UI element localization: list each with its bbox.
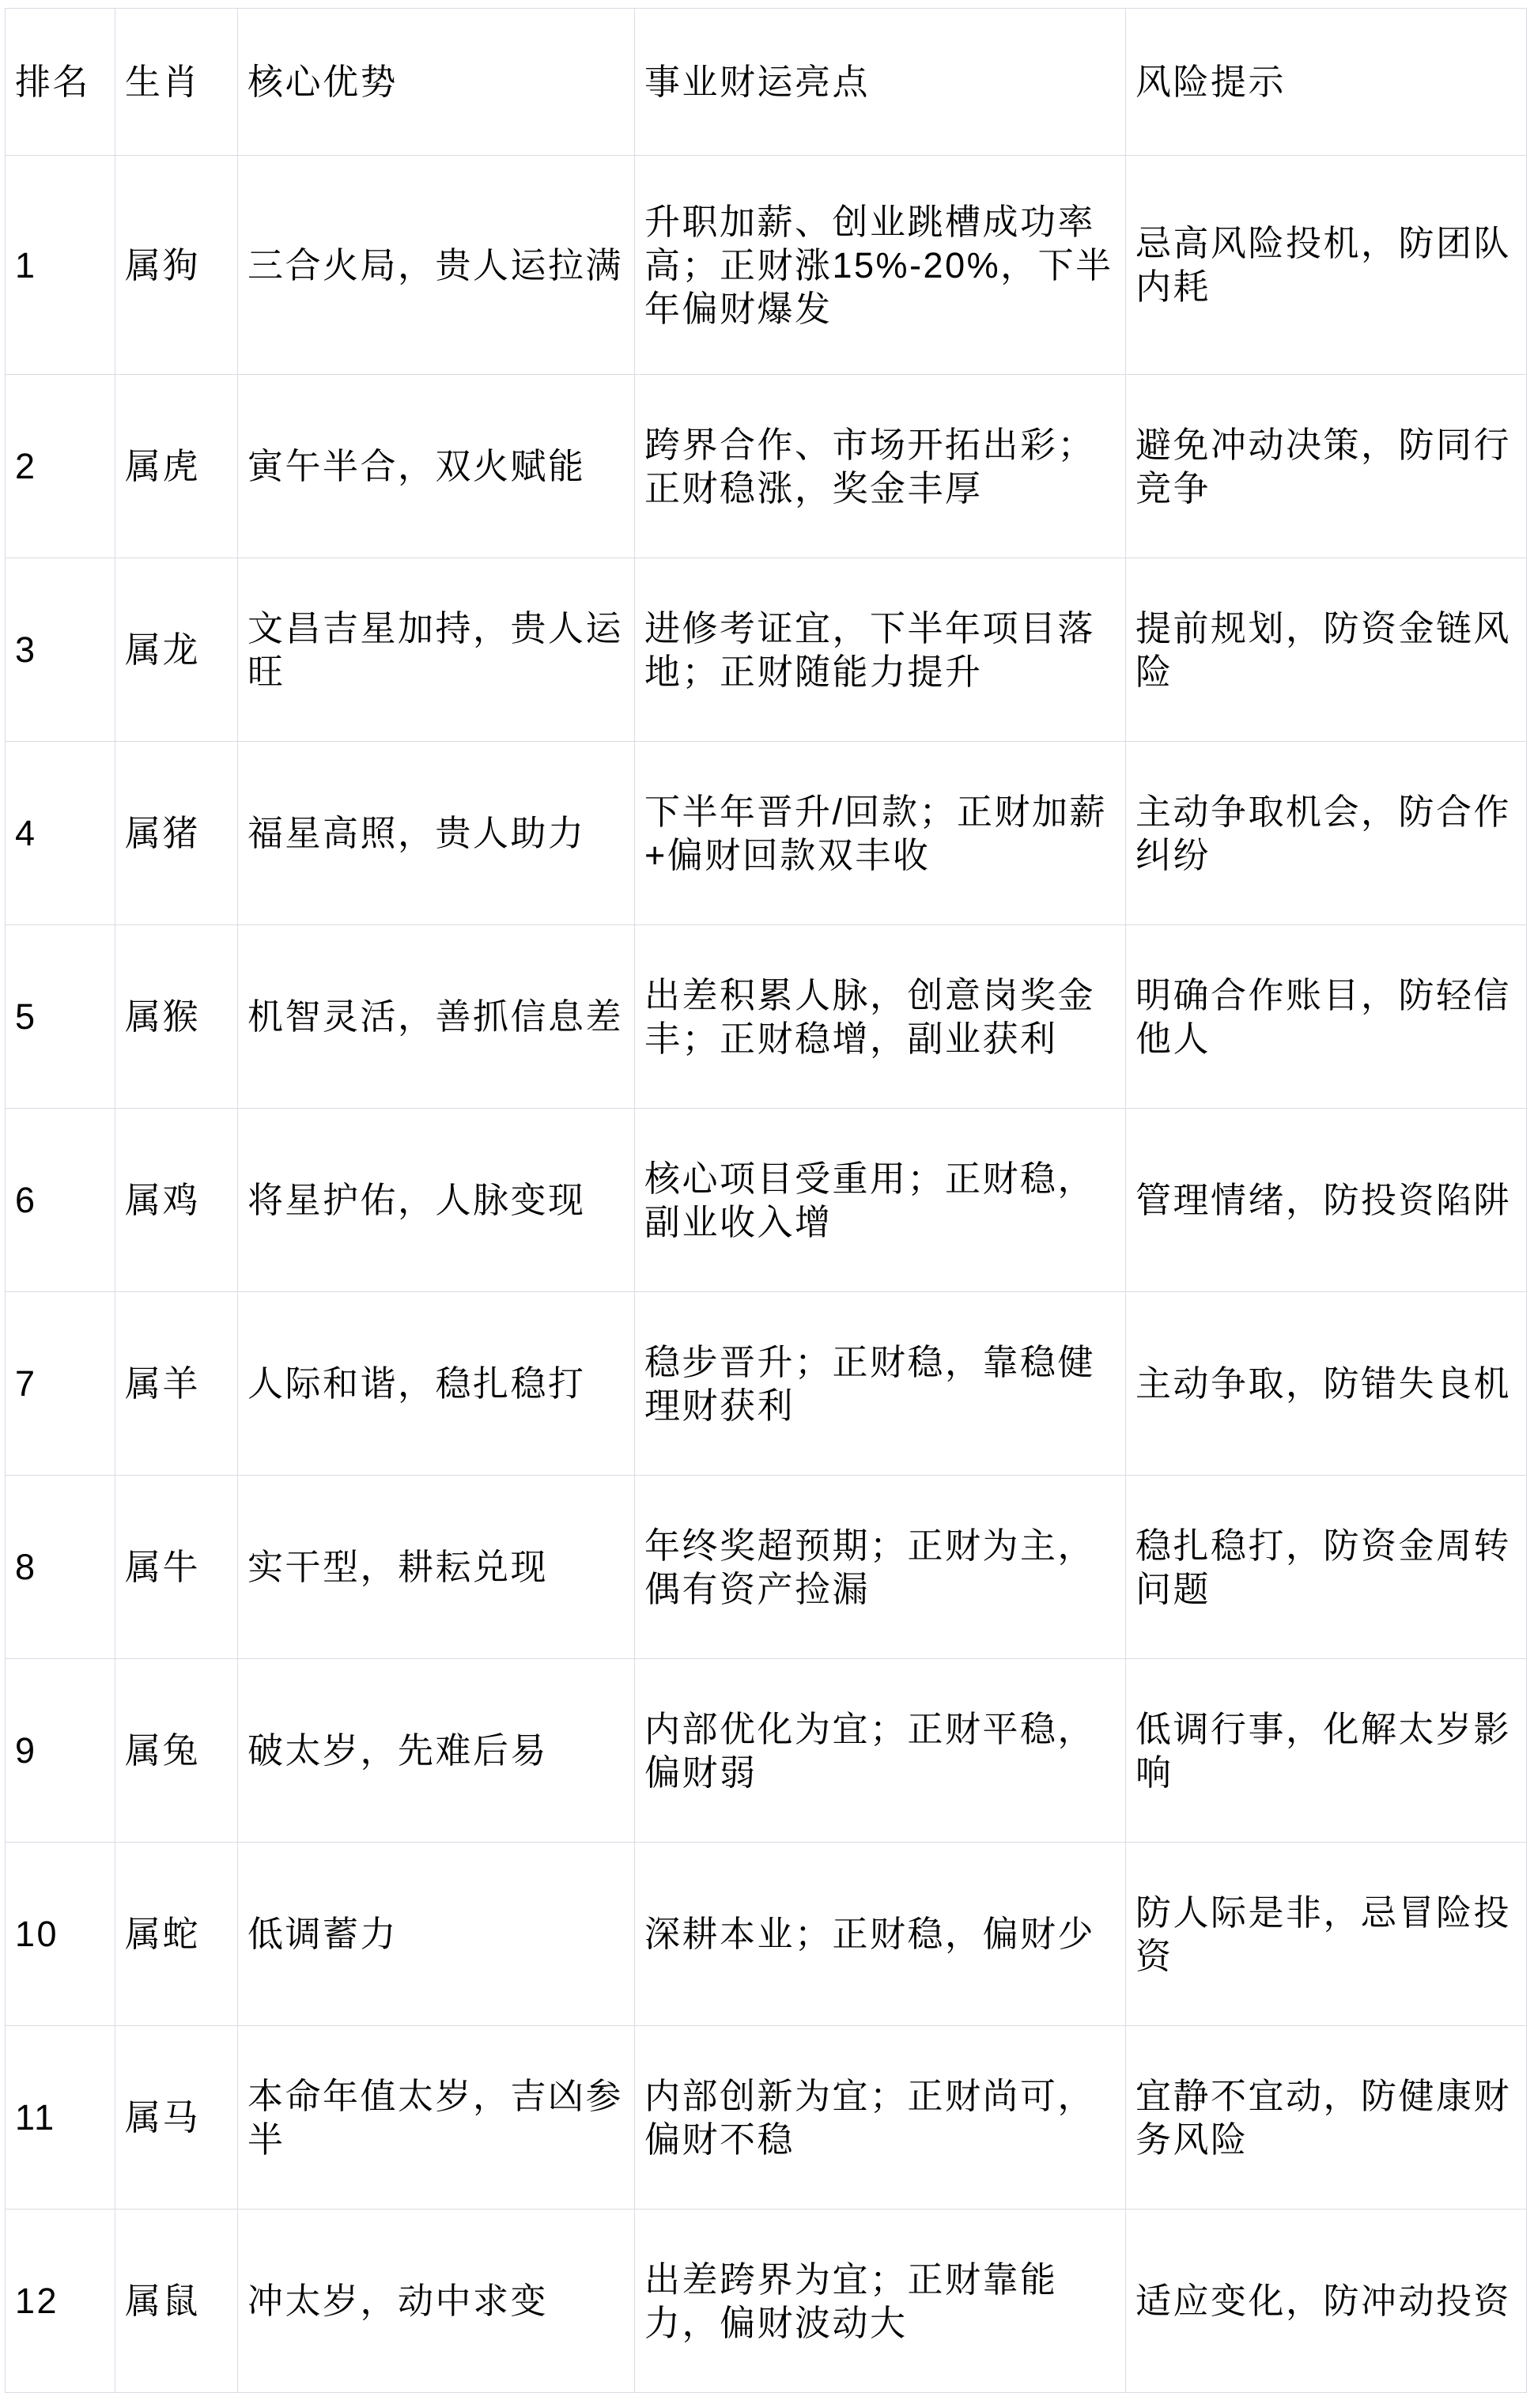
highlight-cell: 出差跨界为宜；正财靠能力，偏财波动大 bbox=[635, 2210, 1126, 2393]
rank-cell: 8 bbox=[6, 1476, 115, 1659]
rank-cell: 9 bbox=[6, 1659, 115, 1843]
zodiac-cell: 属猴 bbox=[115, 925, 238, 1109]
rank-cell: 5 bbox=[6, 925, 115, 1109]
risk-cell: 稳扎稳打，防资金周转问题 bbox=[1126, 1476, 1527, 1659]
highlight-cell: 深耕本业；正财稳，偏财少 bbox=[635, 1843, 1126, 2026]
highlight-cell: 内部优化为宜；正财平稳，偏财弱 bbox=[635, 1659, 1126, 1843]
rank-cell: 7 bbox=[6, 1292, 115, 1476]
zodiac-cell: 属龙 bbox=[115, 558, 238, 742]
highlight-cell: 出差积累人脉，创意岗奖金丰；正财稳增，副业获利 bbox=[635, 925, 1126, 1109]
advantage-cell: 低调蓄力 bbox=[238, 1843, 635, 2026]
advantage-cell: 人际和谐，稳扎稳打 bbox=[238, 1292, 635, 1476]
rank-cell: 2 bbox=[6, 375, 115, 558]
highlight-cell: 内部创新为宜；正财尚可，偏财不稳 bbox=[635, 2026, 1126, 2210]
risk-cell: 低调行事，化解太岁影响 bbox=[1126, 1659, 1527, 1843]
advantage-cell: 机智灵活，善抓信息差 bbox=[238, 925, 635, 1109]
rank-cell: 1 bbox=[6, 156, 115, 375]
risk-cell: 提前规划，防资金链风险 bbox=[1126, 558, 1527, 742]
zodiac-cell: 属狗 bbox=[115, 156, 238, 375]
risk-cell: 忌高风险投机，防团队内耗 bbox=[1126, 156, 1527, 375]
column-header-risk: 风险提示 bbox=[1126, 9, 1527, 156]
rank-cell: 3 bbox=[6, 558, 115, 742]
zodiac-cell: 属马 bbox=[115, 2026, 238, 2210]
column-header-advantage: 核心优势 bbox=[238, 9, 635, 156]
table-row: 6属鸡将星护佑，人脉变现核心项目受重用；正财稳，副业收入增管理情绪，防投资陷阱 bbox=[6, 1109, 1527, 1292]
highlight-cell: 年终奖超预期；正财为主，偶有资产捡漏 bbox=[635, 1476, 1126, 1659]
zodiac-cell: 属虎 bbox=[115, 375, 238, 558]
risk-cell: 管理情绪，防投资陷阱 bbox=[1126, 1109, 1527, 1292]
column-header-zodiac: 生肖 bbox=[115, 9, 238, 156]
rank-cell: 12 bbox=[6, 2210, 115, 2393]
advantage-cell: 破太岁，先难后易 bbox=[238, 1659, 635, 1843]
highlight-cell: 升职加薪、创业跳槽成功率高；正财涨15%-20%，下半年偏财爆发 bbox=[635, 156, 1126, 375]
table-row: 12属鼠冲太岁，动中求变出差跨界为宜；正财靠能力，偏财波动大适应变化，防冲动投资 bbox=[6, 2210, 1527, 2393]
risk-cell: 适应变化，防冲动投资 bbox=[1126, 2210, 1527, 2393]
rank-cell: 6 bbox=[6, 1109, 115, 1292]
zodiac-cell: 属鼠 bbox=[115, 2210, 238, 2393]
advantage-cell: 文昌吉星加持，贵人运旺 bbox=[238, 558, 635, 742]
advantage-cell: 三合火局，贵人运拉满 bbox=[238, 156, 635, 375]
risk-cell: 防人际是非，忌冒险投资 bbox=[1126, 1843, 1527, 2026]
table-row: 8属牛实干型，耕耘兑现年终奖超预期；正财为主，偶有资产捡漏稳扎稳打，防资金周转问… bbox=[6, 1476, 1527, 1659]
highlight-cell: 稳步晋升；正财稳，靠稳健理财获利 bbox=[635, 1292, 1126, 1476]
table-row: 5属猴机智灵活，善抓信息差出差积累人脉，创意岗奖金丰；正财稳增，副业获利明确合作… bbox=[6, 925, 1527, 1109]
table-body: 1属狗三合火局，贵人运拉满升职加薪、创业跳槽成功率高；正财涨15%-20%，下半… bbox=[6, 156, 1527, 2393]
advantage-cell: 福星高照，贵人助力 bbox=[238, 742, 635, 925]
highlight-cell: 下半年晋升/回款；正财加薪+偏财回款双丰收 bbox=[635, 742, 1126, 925]
zodiac-cell: 属蛇 bbox=[115, 1843, 238, 2026]
table-row: 10属蛇低调蓄力深耕本业；正财稳，偏财少防人际是非，忌冒险投资 bbox=[6, 1843, 1527, 2026]
risk-cell: 避免冲动决策，防同行竞争 bbox=[1126, 375, 1527, 558]
advantage-cell: 实干型，耕耘兑现 bbox=[238, 1476, 635, 1659]
zodiac-cell: 属兔 bbox=[115, 1659, 238, 1843]
risk-cell: 主动争取，防错失良机 bbox=[1126, 1292, 1527, 1476]
table-row: 4属猪福星高照，贵人助力下半年晋升/回款；正财加薪+偏财回款双丰收主动争取机会，… bbox=[6, 742, 1527, 925]
zodiac-fortune-table: 排名 生肖 核心优势 事业财运亮点 风险提示 1属狗三合火局，贵人运拉满升职加薪… bbox=[5, 8, 1527, 2393]
risk-cell: 主动争取机会，防合作纠纷 bbox=[1126, 742, 1527, 925]
zodiac-cell: 属牛 bbox=[115, 1476, 238, 1659]
risk-cell: 宜静不宜动，防健康财务风险 bbox=[1126, 2026, 1527, 2210]
rank-cell: 10 bbox=[6, 1843, 115, 2026]
advantage-cell: 寅午半合，双火赋能 bbox=[238, 375, 635, 558]
risk-cell: 明确合作账目，防轻信他人 bbox=[1126, 925, 1527, 1109]
rank-cell: 4 bbox=[6, 742, 115, 925]
rank-cell: 11 bbox=[6, 2026, 115, 2210]
table-row: 7属羊人际和谐，稳扎稳打稳步晋升；正财稳，靠稳健理财获利主动争取，防错失良机 bbox=[6, 1292, 1527, 1476]
highlight-cell: 核心项目受重用；正财稳，副业收入增 bbox=[635, 1109, 1126, 1292]
table-row: 11属马本命年值太岁，吉凶参半内部创新为宜；正财尚可，偏财不稳宜静不宜动，防健康… bbox=[6, 2026, 1527, 2210]
zodiac-fortune-table-container: 排名 生肖 核心优势 事业财运亮点 风险提示 1属狗三合火局，贵人运拉满升职加薪… bbox=[5, 8, 1534, 2393]
advantage-cell: 冲太岁，动中求变 bbox=[238, 2210, 635, 2393]
table-row: 1属狗三合火局，贵人运拉满升职加薪、创业跳槽成功率高；正财涨15%-20%，下半… bbox=[6, 156, 1527, 375]
column-header-highlight: 事业财运亮点 bbox=[635, 9, 1126, 156]
table-row: 2属虎寅午半合，双火赋能跨界合作、市场开拓出彩；正财稳涨，奖金丰厚避免冲动决策，… bbox=[6, 375, 1527, 558]
table-row: 9属兔破太岁，先难后易内部优化为宜；正财平稳，偏财弱低调行事，化解太岁影响 bbox=[6, 1659, 1527, 1843]
column-header-rank: 排名 bbox=[6, 9, 115, 156]
table-row: 3属龙文昌吉星加持，贵人运旺进修考证宜，下半年项目落地；正财随能力提升提前规划，… bbox=[6, 558, 1527, 742]
highlight-cell: 进修考证宜，下半年项目落地；正财随能力提升 bbox=[635, 558, 1126, 742]
zodiac-cell: 属羊 bbox=[115, 1292, 238, 1476]
zodiac-cell: 属鸡 bbox=[115, 1109, 238, 1292]
header-row: 排名 生肖 核心优势 事业财运亮点 风险提示 bbox=[6, 9, 1527, 156]
highlight-cell: 跨界合作、市场开拓出彩；正财稳涨，奖金丰厚 bbox=[635, 375, 1126, 558]
zodiac-cell: 属猪 bbox=[115, 742, 238, 925]
advantage-cell: 本命年值太岁，吉凶参半 bbox=[238, 2026, 635, 2210]
advantage-cell: 将星护佑，人脉变现 bbox=[238, 1109, 635, 1292]
